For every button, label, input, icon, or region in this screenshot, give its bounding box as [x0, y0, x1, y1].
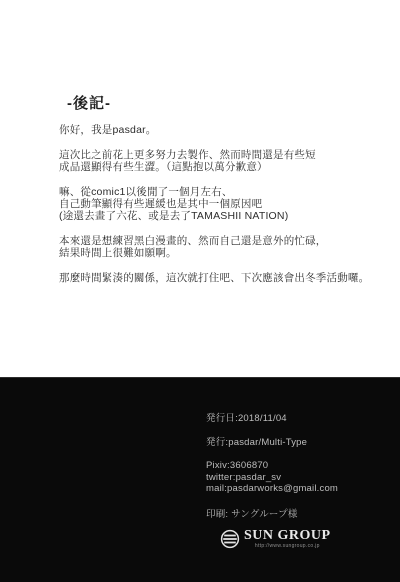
afterword-title: -後記- — [67, 98, 379, 110]
afterword-line: 本來還是想練習黑白漫畫的、然而自己還是意外的忙碌， — [59, 235, 379, 247]
publisher: 発行:pasdar/Multi-Type — [206, 437, 338, 449]
sun-group-globe-icon — [220, 529, 240, 549]
afterword-line: 這次比之前花上更多努力去製作、然而時間還是有些短 — [59, 149, 379, 161]
afterword-section: -後記- 你好，我是pasdar。 這次比之前花上更多努力去製作、然而時間還是有… — [59, 98, 379, 284]
pixiv-id: Pixiv:3606870 — [206, 460, 338, 472]
publish-date-group: 発行日:2018/11/04 — [206, 413, 338, 425]
printer-credit: 印刷: サングループ様 — [206, 509, 338, 521]
afterword-paragraph-closing: 那麼時間緊湊的關係，這次就打住吧、下次應該會出冬季活動囉。 — [59, 272, 379, 284]
afterword-line: (途還去畫了六花、或是去了TAMASHII NATION) — [59, 210, 379, 222]
afterword-paragraph-greeting: 你好，我是pasdar。 — [59, 124, 379, 136]
sun-group-name: SUN GROUP — [244, 529, 331, 543]
doujinshi-afterword-page: -後記- 你好，我是pasdar。 這次比之前花上更多努力去製作、然而時間還是有… — [0, 0, 400, 582]
afterword-line: 成品還顯得有些生澀。（這點抱以萬分歉意） — [59, 161, 379, 173]
sun-group-logo: SUN GROUP http://www.sungroup.co.jp — [220, 529, 338, 549]
afterword-line: 嘛、從comic1以後閒了一個月左右、 — [59, 186, 379, 198]
afterword-line: 自己動筆顯得有些遲緩也是其中一個原因吧 — [59, 198, 379, 210]
mail-address: mail:pasdarworks@gmail.com — [206, 483, 338, 495]
publisher-group: 発行:pasdar/Multi-Type — [206, 437, 338, 449]
twitter-handle: twitter:pasdar_sv — [206, 472, 338, 484]
sun-group-wordmark: SUN GROUP http://www.sungroup.co.jp — [244, 529, 331, 549]
publish-date: 発行日:2018/11/04 — [206, 413, 338, 425]
sun-group-url: http://www.sungroup.co.jp — [255, 543, 320, 549]
afterword-line: 你好，我是pasdar。 — [59, 124, 379, 136]
contact-group: Pixiv:3606870 twitter:pasdar_sv mail:pas… — [206, 460, 338, 495]
colophon-text-block: 発行日:2018/11/04 発行:pasdar/Multi-Type Pixi… — [206, 413, 338, 549]
afterword-paragraph-effort: 這次比之前花上更多努力去製作、然而時間還是有些短 成品還顯得有些生澀。（這點抱以… — [59, 149, 379, 173]
colophon-panel: 発行日:2018/11/04 発行:pasdar/Multi-Type Pixi… — [0, 377, 400, 582]
afterword-paragraph-comic1: 嘛、從comic1以後閒了一個月左右、 自己動筆顯得有些遲緩也是其中一個原因吧 … — [59, 186, 379, 222]
afterword-paragraph-practice: 本來還是想練習黑白漫畫的、然而自己還是意外的忙碌， 結果時間上很難如願啊。 — [59, 235, 379, 259]
afterword-line: 那麼時間緊湊的關係，這次就打住吧、下次應該會出冬季活動囉。 — [59, 272, 379, 284]
afterword-line: 結果時間上很難如願啊。 — [59, 247, 379, 259]
